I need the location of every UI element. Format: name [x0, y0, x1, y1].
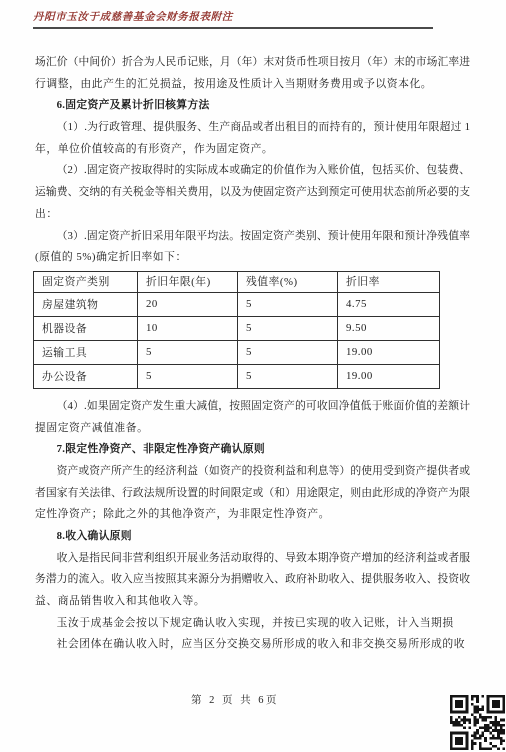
- table-cell: 5: [238, 316, 338, 340]
- paragraph-line: 场汇价（中间价）折合为人民币记账，月（年）末对货币性项目按月（年）末的市场汇率进: [35, 52, 470, 74]
- depreciation-table: 固定资产类别折旧年限(年)残值率(%)折旧率房屋建筑物2054.75机器设备10…: [33, 271, 440, 389]
- table-cell: 5: [238, 364, 338, 388]
- paragraph-line: 收入是指民间非营利组织开展业务活动取得的、导致本期净资产增加的经济利益或者服: [35, 548, 470, 570]
- table-cell: 19.00: [338, 340, 440, 364]
- paragraph-line: 出：: [35, 204, 470, 226]
- paragraph-line: （1）.为行政管理、提供服务、生产商品或者出租目的而持有的，预计使用年限超过 1: [35, 117, 470, 139]
- page-number: 第 2 页 共 6页: [35, 692, 435, 707]
- table-header-row: 固定资产类别折旧年限(年)残值率(%)折旧率: [34, 271, 440, 292]
- paragraph-line: 行调整，由此产生的汇兑损益，按用途及性质计入当期财务费用或予以资本化。: [35, 74, 470, 96]
- document-header: 丹阳市玉汝于成慈善基金会财务报表附注: [33, 9, 433, 29]
- table-cell: 运输工具: [34, 340, 138, 364]
- table-row: 运输工具5519.00: [34, 340, 440, 364]
- table-row: 办公设备5519.00: [34, 364, 440, 388]
- paragraph-line: （2）.固定资产按取得时的实际成本或确定的价值作为入账价值，包括买价、包装费、: [35, 160, 470, 182]
- table-cell: 房屋建筑物: [34, 292, 138, 316]
- table-cell: 19.00: [338, 364, 440, 388]
- qr-code-icon: [450, 695, 505, 750]
- paragraph-line: 益、商品销售收入和其他收入等。: [35, 591, 470, 613]
- paragraph-line: 者国家有关法律、行政法规所设置的时间限定或（和）用途限定，则由此形成的净资产为限: [35, 483, 470, 505]
- document-body: 场汇价（中间价）折合为人民币记账，月（年）末对货币性项目按月（年）末的市场汇率进…: [35, 52, 470, 656]
- paragraph-line: 年，单位价值较高的有形资产，作为固定资产。: [35, 139, 470, 161]
- table-header-cell: 折旧率: [338, 271, 440, 292]
- paragraph-line: 定性净资产；除此之外的其他净资产，为非限定性净资产。: [35, 504, 470, 526]
- paragraph-line: (原值的 5%)确定折旧率如下：: [35, 247, 470, 269]
- paragraph-line: 资产或资产所产生的经济利益（如资产的投资利益和利息等）的使用受到资产提供者或: [35, 461, 470, 483]
- section-heading: 7.限定性净资产、非限定性净资产确认原则: [35, 439, 470, 461]
- table-header-cell: 固定资产类别: [34, 271, 138, 292]
- table-cell: 5: [238, 340, 338, 364]
- paragraph-line: 玉汝于成基金会按以下规定确认收入实现，并按已实现的收入记账，计入当期损益。: [35, 613, 470, 635]
- paragraph-line: 提固定资产减值准备。: [35, 418, 470, 440]
- page-title: 丹阳市玉汝于成慈善基金会财务报表附注: [33, 9, 433, 24]
- table-cell: 5: [138, 364, 238, 388]
- section-heading: 6.固定资产及累计折旧核算方法: [35, 95, 470, 117]
- paragraph-line: 社会团体在确认收入时，应当区分交换交易所形成的收入和非交换交易所形成的收入。: [35, 634, 470, 656]
- table-row: 房屋建筑物2054.75: [34, 292, 440, 316]
- table-cell: 5: [138, 340, 238, 364]
- table-header-cell: 残值率(%): [238, 271, 338, 292]
- table-row: 机器设备1059.50: [34, 316, 440, 340]
- paragraph-line: 运输费、交纳的有关税金等相关费用，以及为使固定资产达到预定可使用状态前所必要的支: [35, 182, 470, 204]
- table-cell: 9.50: [338, 316, 440, 340]
- table-cell: 20: [138, 292, 238, 316]
- table-cell: 办公设备: [34, 364, 138, 388]
- paragraph-line: （4）.如果固定资产发生重大减值，按照固定资产的可收回净值低于账面价值的差额计: [35, 396, 470, 418]
- table-cell: 10: [138, 316, 238, 340]
- scanned-document-page: 丹阳市玉汝于成慈善基金会财务报表附注 场汇价（中间价）折合为人民币记账，月（年）…: [0, 0, 506, 752]
- table-cell: 5: [238, 292, 338, 316]
- section-heading: 8.收入确认原则: [35, 526, 470, 548]
- paragraph-line: 务潜力的流入。收入应当按照其来源分为捐赠收入、政府补助收入、提供服务收入、投资收: [35, 569, 470, 591]
- paragraph-line: （3）.固定资产折旧采用年限平均法。按固定资产类别、预计使用年限和预计净残值率: [35, 226, 470, 248]
- table-cell: 4.75: [338, 292, 440, 316]
- table-header-cell: 折旧年限(年): [138, 271, 238, 292]
- table-cell: 机器设备: [34, 316, 138, 340]
